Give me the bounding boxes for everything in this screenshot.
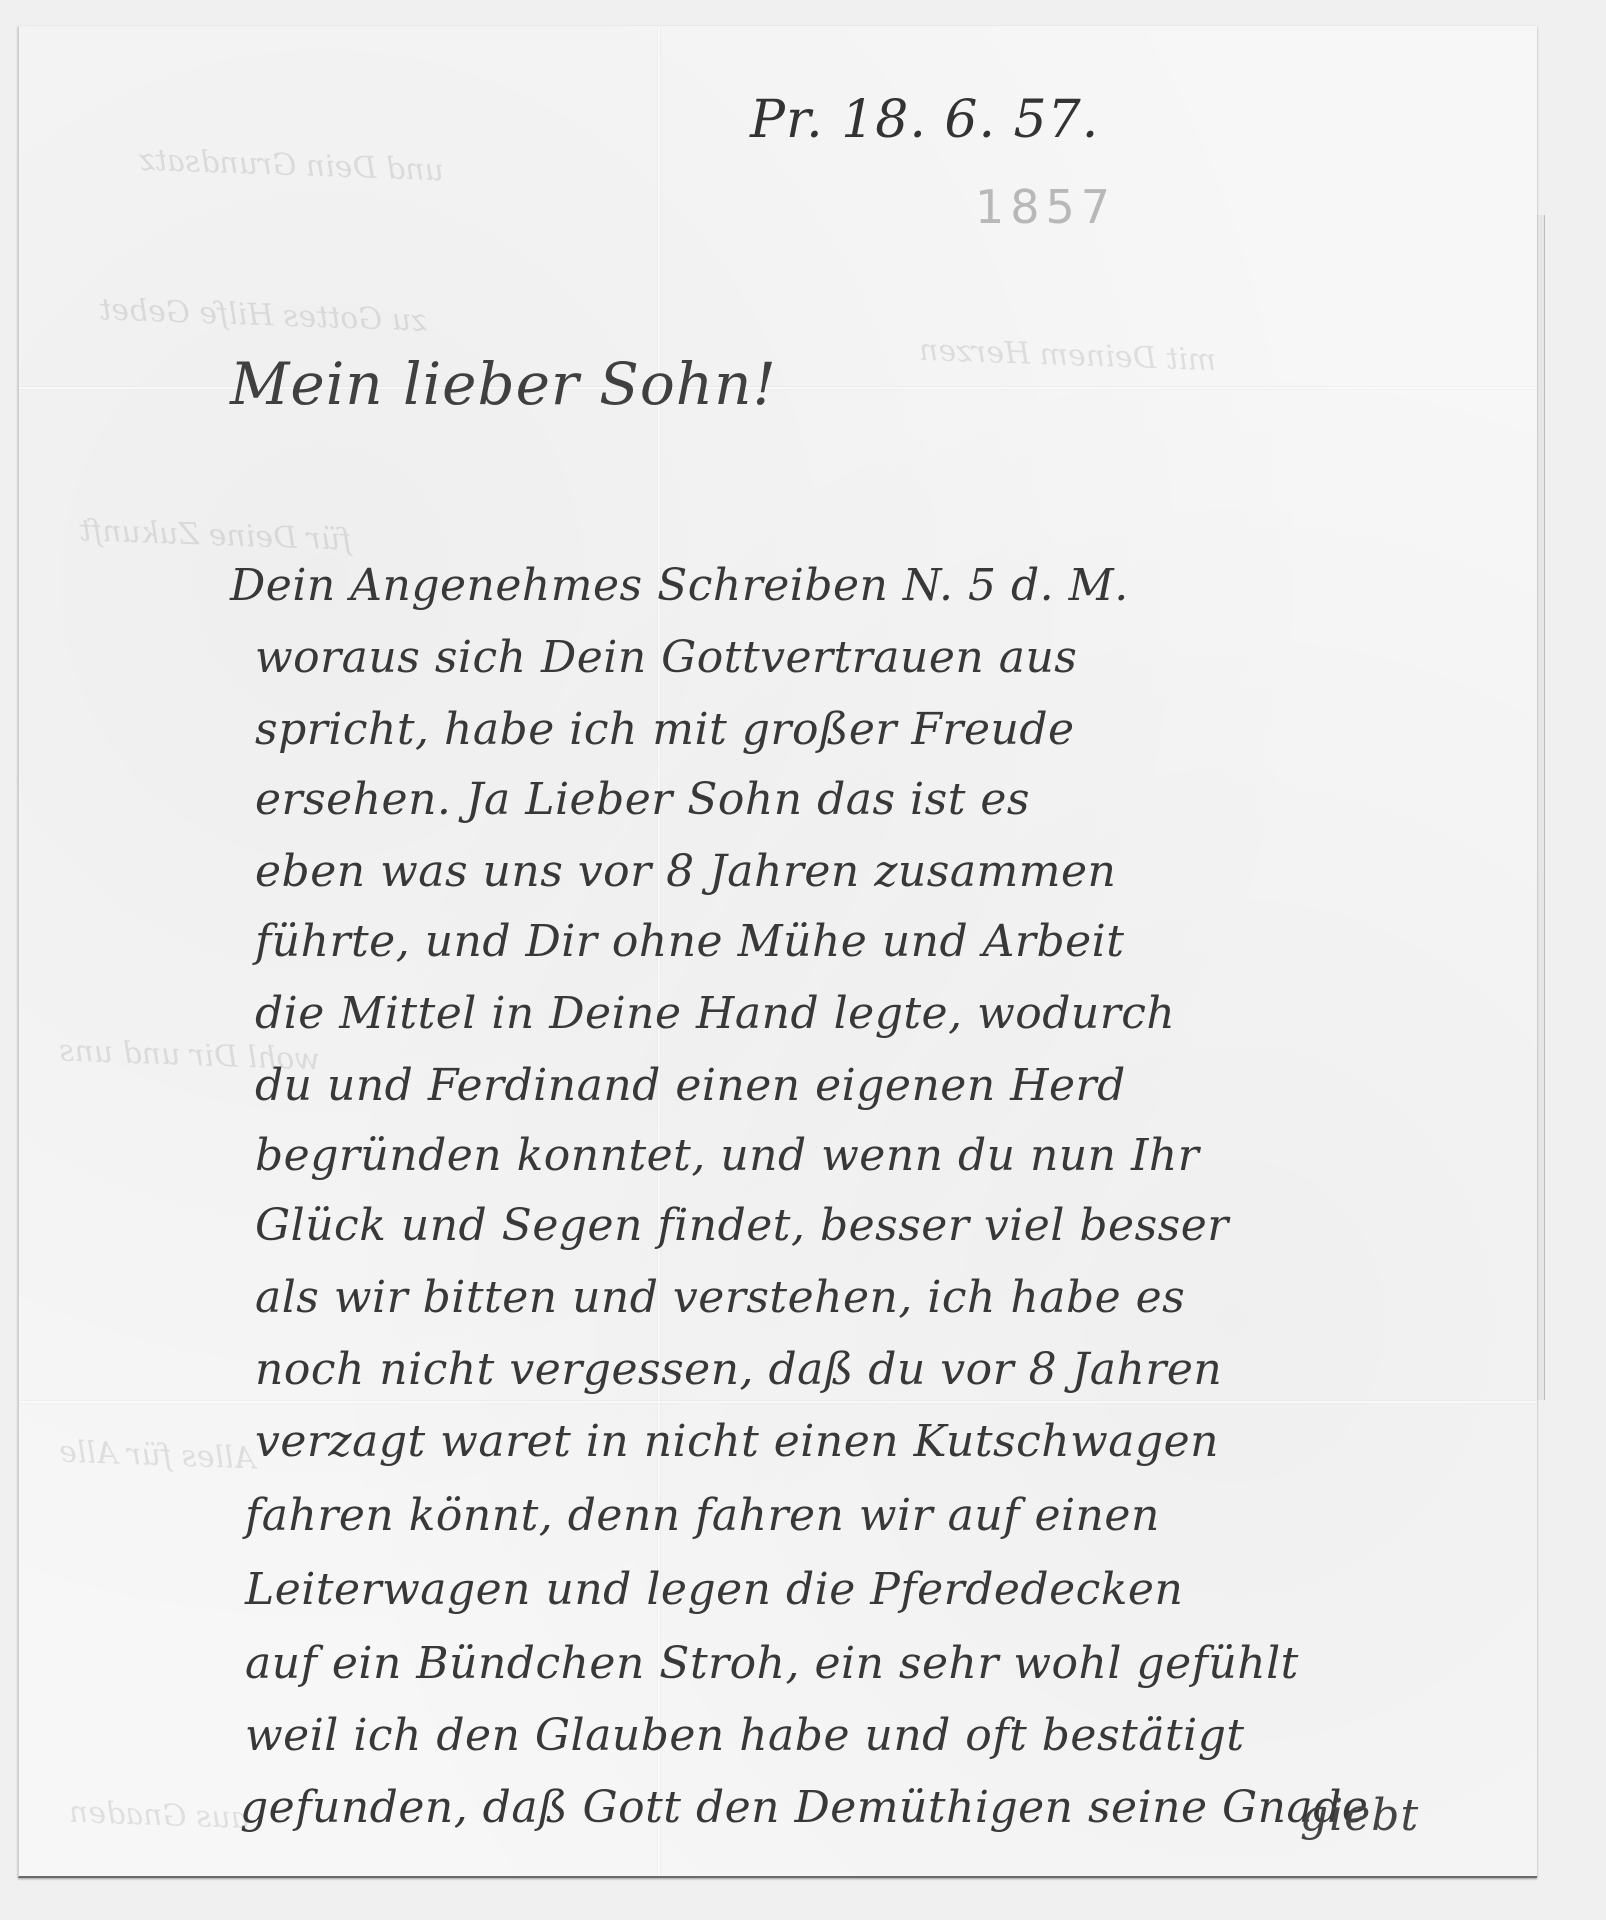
bleed-through-text: und Dein Grundsatz: [138, 131, 445, 202]
letter-line: Glück und Segen findet, besser viel bess…: [255, 1200, 1229, 1251]
letter-line: führte, und Dir ohne Mühe und Arbeit: [255, 916, 1124, 967]
letter-line: du und Ferdinand einen eigenen Herd: [255, 1060, 1126, 1111]
letter-date: Pr. 18. 6. 57.: [750, 90, 1099, 150]
archival-pencil-note: 1857: [975, 180, 1116, 234]
letter-line: verzagt waret in nicht einen Kutschwagen: [255, 1416, 1219, 1467]
letter-line: die Mittel in Deine Hand legte, wodurch: [255, 988, 1175, 1039]
letter-line: begründen konntet, und wenn du nun Ihr: [255, 1130, 1199, 1181]
bleed-through-text: Alles für Alle: [58, 1423, 256, 1490]
scanned-letter: und Dein Grundsatz zu Gottes Hilfe Gebet…: [0, 0, 1606, 1920]
letter-line: auf ein Bündchen Stroh, ein sehr wohl ge…: [245, 1638, 1299, 1689]
letter-line: Dein Angenehmes Schreiben N. 5 d. M.: [230, 560, 1129, 611]
letter-line: gefunden, daß Gott den Demüthigen seine …: [240, 1782, 1368, 1833]
letter-line: weil ich den Glauben habe und oft bestät…: [245, 1710, 1245, 1761]
letter-line: ersehen. Ja Lieber Sohn das ist es: [255, 774, 1030, 825]
letter-line: eben was uns vor 8 Jahren zusammen: [255, 846, 1116, 897]
letter-line: noch nicht vergessen, daß du vor 8 Jahre…: [255, 1344, 1222, 1395]
letter-line: spricht, habe ich mit großer Freude: [255, 704, 1075, 755]
bleed-through-text: mit Deinem Herzen: [918, 321, 1217, 391]
letter-line: als wir bitten und verstehen, ich habe e…: [255, 1272, 1185, 1323]
letter-line: woraus sich Dein Gottvertrauen aus: [255, 632, 1077, 683]
letter-salutation: Mein lieber Sohn!: [230, 350, 777, 418]
letter-closing-word: giebt: [1300, 1790, 1419, 1841]
letter-line: Leiterwagen und legen die Pferdedecken: [245, 1564, 1183, 1615]
bleed-through-text: zu Gottes Hilfe Gebet: [98, 280, 428, 351]
bleed-through-text: aus Gnaden: [68, 1783, 250, 1849]
horizontal-fold-crease-lower: [19, 1400, 1537, 1404]
letter-line: fahren könnt, denn fahren wir auf einen: [245, 1490, 1160, 1541]
